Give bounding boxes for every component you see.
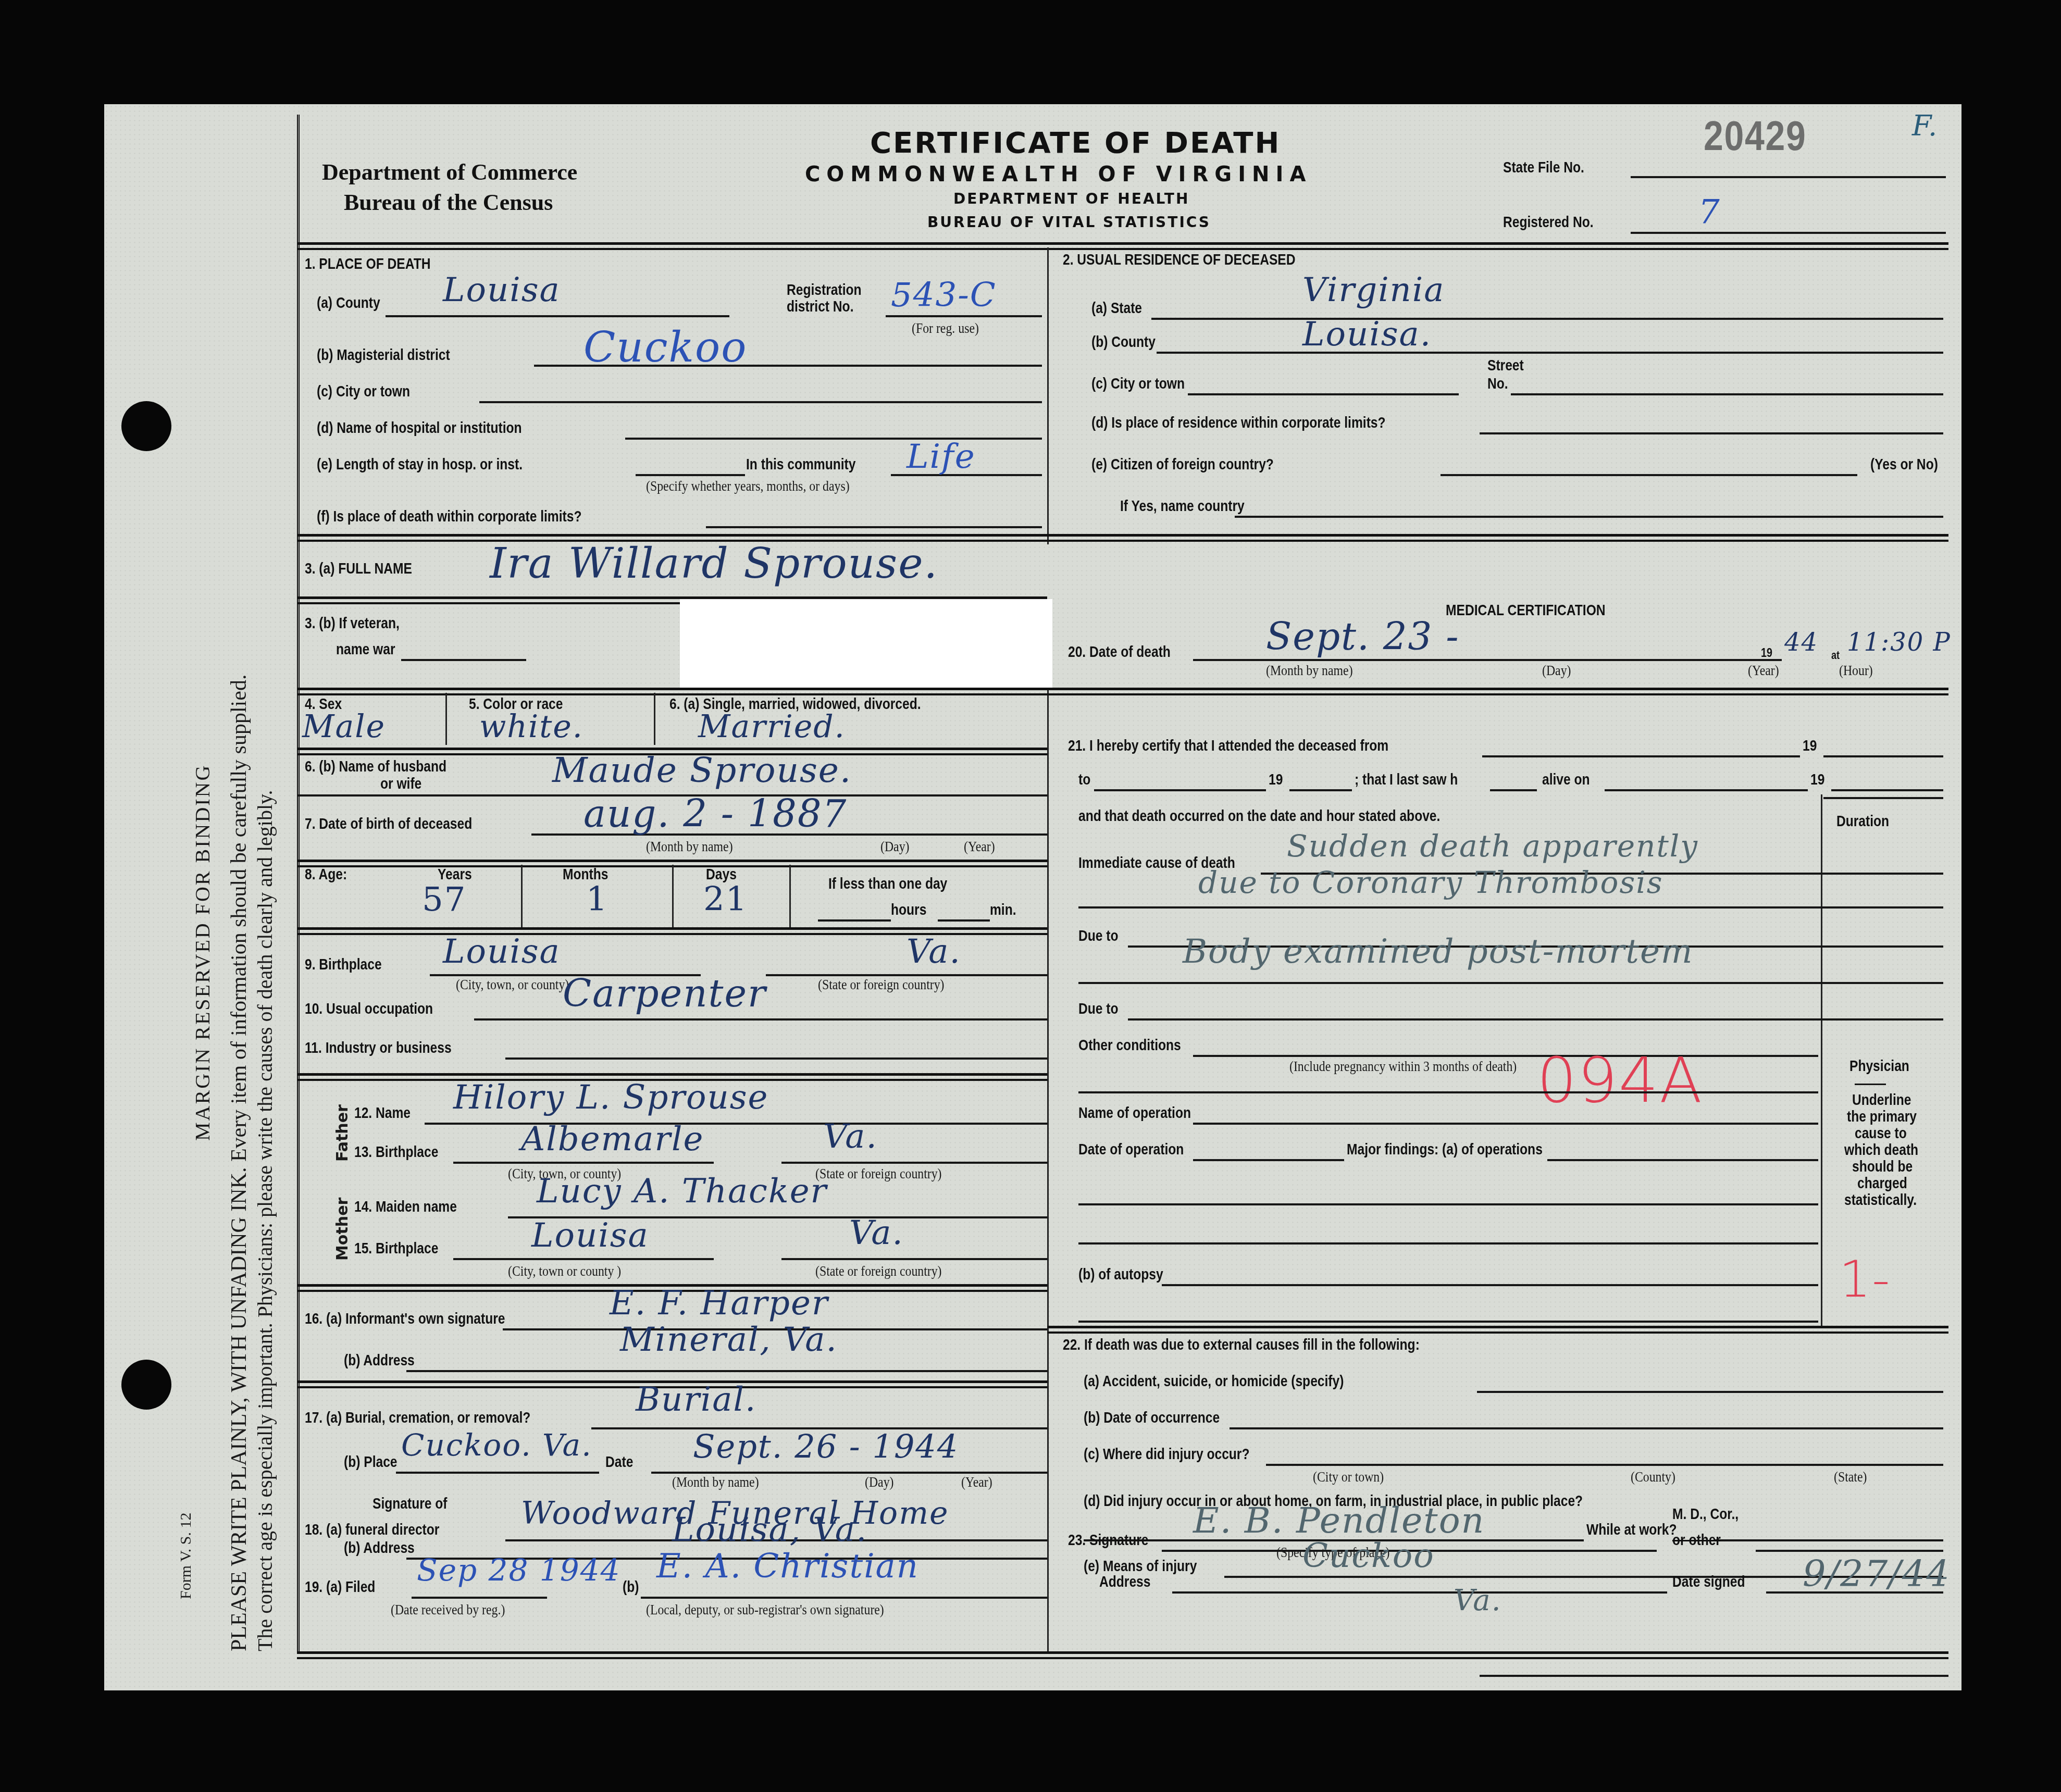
dod-year-note: (Year) (1748, 663, 1779, 679)
reg-district-label2: district No. (787, 298, 853, 316)
margin-instruction-2: The correct age is especially important.… (253, 790, 277, 1651)
where-state-note: (State) (1834, 1469, 1867, 1486)
street-label: Street (1487, 357, 1524, 375)
hours-label: hours (891, 901, 926, 919)
form-number: Form V. S. 12 (177, 1513, 195, 1599)
physician-column-border (1821, 1097, 1822, 1326)
age-label: 8. Age: (305, 866, 347, 883)
where-label: (c) Where did injury occur? (1084, 1446, 1249, 1463)
filed-label: 19. (a) Filed (305, 1578, 375, 1596)
reg-district-label1: Registration (787, 281, 862, 299)
burial-place-label: (b) Place (344, 1453, 398, 1471)
res-county-value: Louisa. (1302, 315, 1432, 354)
dod-hour-note: (Hour) (1839, 663, 1873, 679)
race-value: white. (479, 708, 583, 745)
pregnancy-note: (Include pregnancy within 3 months of de… (1289, 1059, 1517, 1075)
punch-hole-bottom (121, 1360, 171, 1410)
corporate-limits-label: (f) Is place of death within corporate l… (317, 508, 581, 526)
immediate-cause-line2: due to Coronary Thrombosis (1198, 865, 1663, 900)
where-city-note: (City or town) (1313, 1469, 1384, 1486)
findings-label: Major findings: (a) of operations (1347, 1141, 1543, 1159)
dod-label: 20. Date of death (1068, 643, 1171, 661)
birthplace-label: 9. Birthplace (305, 956, 382, 974)
duration-label: Duration (1836, 813, 1889, 830)
burial-day-note: (Day) (865, 1474, 894, 1491)
cert-address-label: Address (1099, 1573, 1150, 1591)
state-file-label: State File No. (1503, 159, 1584, 177)
citizen-label: (e) Citizen of foreign country? (1091, 456, 1274, 474)
mother-name-value: Lucy A. Thacker (537, 1172, 827, 1211)
occupation-value: Carpenter (563, 972, 766, 1015)
mother-birthplace-city: Louisa (531, 1216, 649, 1255)
department-health: DEPARTMENT OF HEALTH (953, 190, 1189, 207)
informant-signature: E. F. Harper (610, 1284, 829, 1323)
mother-city-note: (City, town or county ) (508, 1263, 621, 1280)
burial-place-value: Cuckoo. Va. (401, 1427, 592, 1463)
dob-value: aug. 2 - 1887 (583, 792, 847, 836)
father-birthplace-label: 13. Birthplace (354, 1143, 438, 1161)
county-label: (a) County (317, 294, 380, 312)
certificate-form-lower: (b) Address Louisa, Va. 19. (a) Filed Se… (297, 1568, 1948, 1693)
registrar-note: (Local, deputy, or sub-registrar's own s… (646, 1602, 884, 1619)
stay-note: (Specify whether years, months, or days) (646, 478, 850, 495)
column-divider-top (1047, 247, 1049, 544)
county-value: Louisa (443, 271, 561, 309)
spouse-label-2: or wife (380, 775, 421, 793)
dod-year-value: 44 (1784, 628, 1818, 657)
cert-address-state: Va. (1454, 1584, 1502, 1617)
dod-at-label: at (1831, 649, 1840, 662)
external-heading: 22. If death was due to external causes … (1063, 1336, 1420, 1354)
res-city-label: (c) City or town (1091, 375, 1185, 393)
registered-no-value: 7 (1698, 193, 1721, 231)
reg-district-value: 543-C (891, 276, 997, 315)
birthplace-city-note: (City, town, or county) (456, 977, 569, 993)
hospital-label: (d) Name of hospital or institution (317, 419, 522, 437)
dob-month-note: (Month by name) (646, 839, 733, 855)
filed-note: (Date received by reg.) (391, 1602, 505, 1619)
commonwealth-title: COMMONWEALTH OF VIRGINIA (805, 163, 1312, 186)
cert-signature-label: 23. Signature (1068, 1532, 1148, 1549)
occurred-label: and that death occurred on the date and … (1078, 807, 1440, 825)
father-birthplace-city: Albemarle (521, 1120, 704, 1159)
residence-heading: 2. USUAL RESIDENCE OF DECEASED (1063, 251, 1296, 269)
bureau-census: Bureau of the Census (344, 189, 553, 216)
director-address-value: Louisa, Va. (672, 1511, 867, 1549)
dod-month-value: Sept. 23 - (1266, 615, 1460, 658)
community-value: Life (907, 438, 976, 476)
birthplace-state-note: (State or foreign country) (818, 977, 945, 993)
mother-state-note: (State or foreign country) (815, 1263, 942, 1280)
dob-day-note: (Day) (880, 839, 910, 855)
mother-birthplace-label: 15. Birthplace (354, 1240, 438, 1258)
margin-binding-note: MARGIN RESERVED FOR BINDING (190, 764, 215, 1141)
dod-hour-value: 11:30 P (1847, 628, 1951, 657)
certify-19-b: 19 (1269, 771, 1283, 789)
occupation-label: 10. Usual occupation (305, 1000, 433, 1018)
father-state-note: (State or foreign country) (815, 1166, 942, 1183)
due-to-value-1: Body examined post-mortem (1183, 932, 1694, 971)
place-of-death-heading: 1. PLACE OF DEATH (305, 255, 430, 273)
alive-on-label: alive on (1542, 771, 1590, 789)
mother-birthplace-state: Va. (849, 1214, 904, 1252)
cert-title-label-2: or other (1672, 1532, 1721, 1549)
marital-value: Married. (698, 708, 846, 745)
cert-address-value: Cuckoo (1302, 1537, 1435, 1575)
operation-label: Name of operation (1078, 1104, 1191, 1122)
section-divider-2 (297, 688, 1948, 695)
burial-year-note: (Year) (961, 1474, 992, 1491)
physician-mark: 1- (1839, 1250, 1891, 1309)
burial-label: 17. (a) Burial, cremation, or removal? (305, 1409, 530, 1427)
column-divider-mid (1047, 643, 1049, 1560)
form-bottom-border (297, 1651, 1948, 1659)
mother-side-label: Mother (333, 1198, 352, 1261)
father-birthplace-state: Va. (823, 1117, 878, 1156)
medical-divider (1047, 1326, 1948, 1334)
bureau-vital-statistics: BUREAU OF VITAL STATISTICS (927, 214, 1211, 231)
name-war-label: name war (336, 641, 395, 658)
redacted-area (680, 599, 1052, 690)
informant-address-label: (b) Address (344, 1352, 415, 1370)
op-date-label: Date of operation (1078, 1141, 1184, 1159)
certify-19-c: 19 (1810, 771, 1824, 789)
header-divider (297, 242, 1948, 250)
informant-address: Mineral, Va. (620, 1321, 838, 1359)
accident-label: (a) Accident, suicide, or homicide (spec… (1084, 1373, 1344, 1390)
physician-note-2: the primary (1847, 1108, 1917, 1126)
less-than-day-label: If less than one day (828, 875, 947, 893)
certificate-title: CERTIFICATE OF DEATH (870, 126, 1281, 160)
physician-note-5: should be (1852, 1158, 1913, 1176)
form-left-border (297, 115, 300, 1568)
punch-hole-top (121, 401, 171, 451)
community-label: In this community (746, 456, 855, 474)
name-country-label: If Yes, name country (1120, 497, 1245, 515)
to-label: to (1078, 771, 1090, 789)
burial-date-value: Sept. 26 - 1944 (693, 1427, 959, 1465)
cert-title-label-1: M. D., Cor., (1672, 1505, 1739, 1523)
date-signed-label: Date signed (1672, 1573, 1745, 1591)
occurrence-label: (b) Date of occurrence (1084, 1409, 1220, 1427)
certify-19-a: 19 (1803, 737, 1817, 755)
registrar-signature: E. A. Christian (656, 1547, 919, 1586)
certify-label: 21. I hereby certify that I attended the… (1068, 737, 1388, 755)
certificate-form: Department of Commerce Bureau of the Cen… (297, 115, 1948, 1568)
other-conditions-label: Other conditions (1078, 1037, 1181, 1054)
res-county-label: (b) County (1091, 333, 1156, 351)
magisterial-label: (b) Magisterial district (317, 346, 450, 364)
res-state-value: Virginia (1302, 271, 1445, 309)
cert-signature-value: E. B. Pendleton (1193, 1500, 1485, 1541)
dod-year-prefix: 19 (1761, 646, 1772, 661)
age-years-value: 57 (422, 880, 466, 919)
res-corporate-label: (d) Is place of residence within corpora… (1091, 414, 1386, 432)
industry-label: 11. Industry or business (305, 1039, 452, 1057)
physician-note-6: charged (1857, 1175, 1907, 1192)
father-name-value: Hilory L. Sprouse (453, 1078, 768, 1117)
full-name-value: Ira Willard Sprouse. (490, 539, 938, 588)
full-name-label: 3. (a) FULL NAME (305, 560, 412, 578)
registered-no-label: Registered No. (1503, 214, 1594, 231)
sex-value: Male (302, 708, 386, 745)
spouse-label-1: 6. (b) Name of husband (305, 758, 446, 776)
director-address-label: (b) Address (344, 1539, 415, 1557)
burial-month-note: (Month by name) (672, 1474, 759, 1491)
burial-date-label: Date (605, 1453, 633, 1471)
dob-label: 7. Date of birth of deceased (305, 815, 472, 833)
informant-label: 16. (a) Informant's own signature (305, 1310, 505, 1328)
city-label: (c) City or town (317, 383, 410, 401)
physician-note-3: cause to (1855, 1125, 1907, 1142)
burial-value: Burial. (636, 1380, 756, 1419)
cause-code-stamp: 094A (1537, 1044, 1703, 1117)
physician-note-1: Underline (1852, 1091, 1911, 1109)
medical-cert-heading: MEDICAL CERTIFICATION (1446, 602, 1606, 619)
yes-no-note: (Yes or No) (1870, 456, 1938, 474)
age-months-value: 1 (586, 880, 609, 919)
state-file-mark: F. (1912, 109, 1938, 142)
while-work-label: While at work? (1586, 1521, 1677, 1539)
margin-instruction-1: PLEASE WRITE PLAINLY, WITH UNFADING INK.… (227, 675, 252, 1651)
immediate-cause-line1: Sudden death apparently (1287, 828, 1698, 864)
birthplace-city-value: Louisa (443, 932, 561, 971)
physician-note-7: statistically. (1844, 1191, 1917, 1209)
stay-label: (e) Length of stay in hosp. or inst. (317, 456, 523, 474)
director-label-1: Signature of (373, 1495, 448, 1513)
father-name-label: 12. Name (354, 1104, 411, 1122)
physician-note-4: which death (1844, 1141, 1918, 1159)
mother-name-label: 14. Maiden name (354, 1198, 457, 1216)
physician-note-0: Physician (1849, 1057, 1909, 1075)
where-county-note: (County) (1631, 1469, 1675, 1486)
director-label-2: 18. (a) funeral director (305, 1521, 439, 1539)
due-to-label-1: Due to (1078, 927, 1119, 945)
autopsy-label: (b) of autopsy (1078, 1266, 1163, 1284)
father-side-label: Father (333, 1104, 352, 1162)
dept-commerce: Department of Commerce (322, 159, 577, 185)
street-no-label: No. (1487, 375, 1508, 393)
filed-value: Sep 28 1944 (417, 1552, 620, 1588)
dob-year-note: (Year) (964, 839, 995, 855)
dod-month-note: (Month by name) (1266, 663, 1353, 679)
due-to-label-2: Due to (1078, 1000, 1119, 1018)
date-signed-value: 9/27/44 (1803, 1552, 1951, 1595)
birthplace-state-value: Va. (907, 932, 961, 971)
reg-use-note: (For reg. use) (912, 320, 979, 337)
spouse-value: Maude Sprouse. (552, 750, 852, 790)
dod-day-note: (Day) (1542, 663, 1571, 679)
state-file-stamp: 20429 (1704, 112, 1807, 160)
last-saw-label: ; that I last saw h (1355, 771, 1458, 789)
filed-b-label: (b) (623, 1578, 639, 1596)
age-days-value: 21 (703, 880, 748, 919)
res-state-label: (a) State (1091, 300, 1142, 317)
magisterial-value: Cuckoo (583, 323, 747, 371)
veteran-label: 3. (b) If veteran, (305, 615, 400, 632)
min-label: min. (990, 901, 1016, 919)
